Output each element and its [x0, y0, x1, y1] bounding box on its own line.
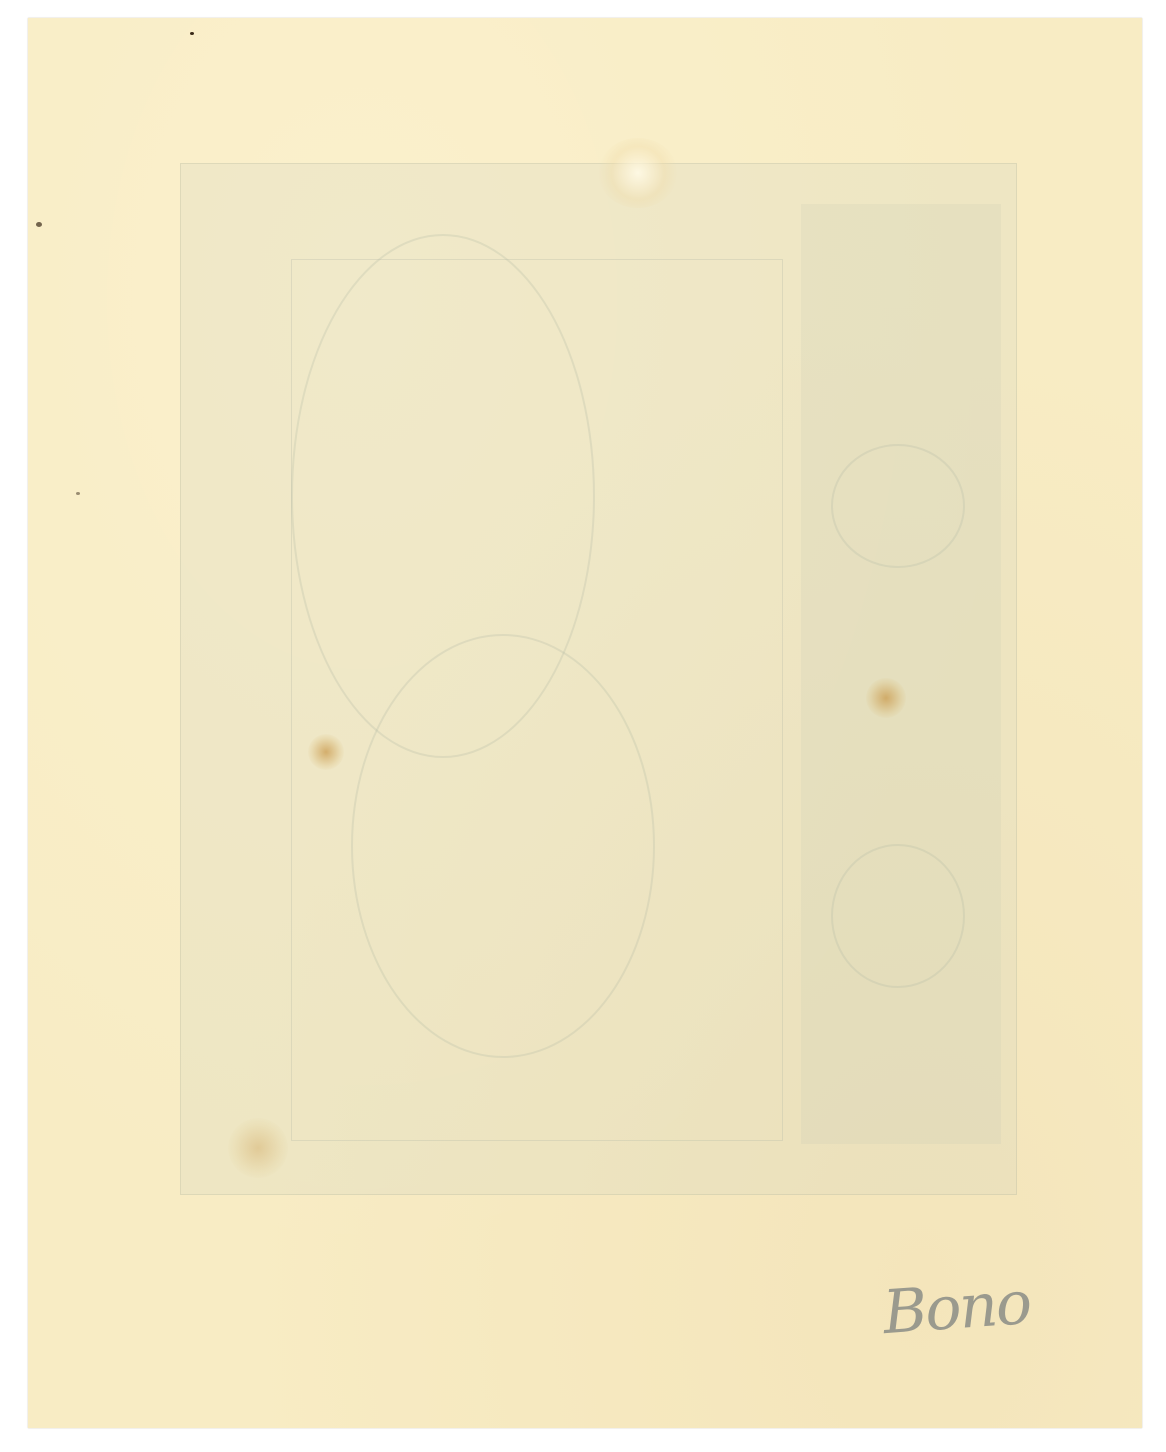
ink-speck — [76, 492, 80, 495]
ink-speck — [190, 32, 194, 35]
pencil-signature: Bono — [881, 1268, 1033, 1348]
ink-speck — [36, 222, 42, 227]
foxing-spot — [308, 734, 344, 770]
ghost-figure-lower — [351, 634, 655, 1058]
foxing-spot — [866, 678, 906, 718]
ghost-ornament-right-bottom — [831, 844, 965, 988]
side-panel-show-through — [801, 204, 1001, 1144]
foxing-spot — [228, 1118, 288, 1178]
paper-sheet: Bono — [28, 18, 1142, 1428]
water-stain — [598, 138, 678, 208]
ghost-ornament-right-top — [831, 444, 965, 568]
